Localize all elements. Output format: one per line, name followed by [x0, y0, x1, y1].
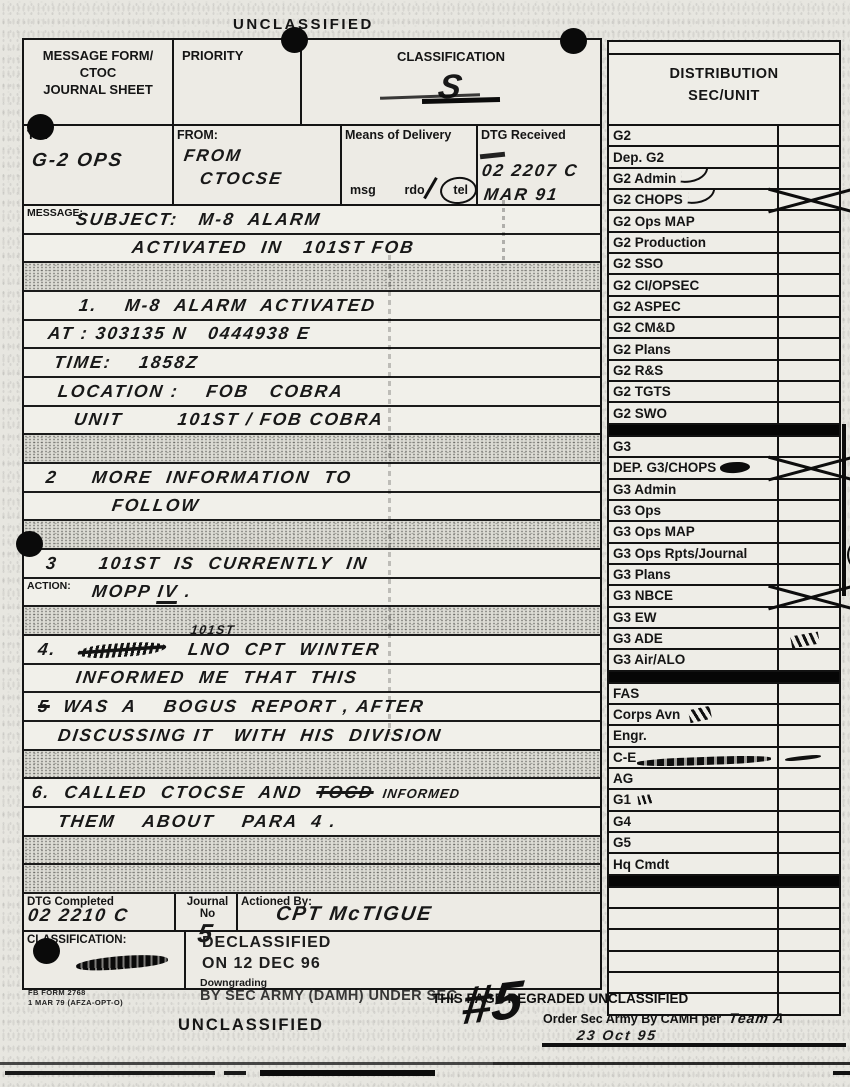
distribution-unit-cell: Dep. G2	[609, 147, 779, 166]
handwritten-segment	[77, 640, 167, 660]
distribution-unit-label: AG	[613, 771, 633, 786]
distribution-unit-cell: Engr.	[609, 726, 779, 745]
message-line-form-label: ACTION:	[27, 580, 71, 592]
handwritten-segment: .	[177, 581, 194, 601]
distribution-row: C-E	[609, 748, 839, 769]
delivery-option-tel: tel	[453, 183, 468, 197]
distribution-unit-label: G3 Ops Rpts/Journal	[613, 546, 747, 561]
distribution-unit-cell: G2 Ops MAP	[609, 211, 779, 230]
handwritten-message-text: INFORMED ME THAT THIS	[75, 669, 359, 687]
fold-line-artifact	[502, 200, 505, 265]
stamp-underline	[542, 1043, 846, 1047]
handwritten-segment: 3 101ST IS CURRENTLY IN	[45, 553, 370, 573]
distribution-row: AG	[609, 769, 839, 790]
scan-edge-bar	[833, 1071, 850, 1075]
distribution-unit-cell: G3 Ops Rpts/Journal	[609, 544, 779, 563]
distribution-unit-cell: G4	[609, 812, 779, 831]
distribution-unit-cell	[609, 888, 779, 907]
handwritten-segment: ACTIVATED IN 101ST FOB	[131, 237, 417, 257]
distribution-row: G2 Production	[609, 233, 839, 254]
distribution-unit-cell: G3 Plans	[609, 565, 779, 584]
means-of-delivery-label: Means of Delivery	[342, 126, 451, 142]
distribution-unit-label: G2 CI/OPSEC	[613, 278, 699, 293]
distribution-check-cell	[779, 650, 839, 669]
message-line: 5 WAS A BOGUS REPORT , AFTER	[24, 693, 600, 722]
distribution-row: G2 CM&D	[609, 318, 839, 339]
journal-no-label: Journal No	[176, 894, 236, 920]
message-line: 101ST	[24, 607, 600, 636]
distribution-unit-cell: FAS	[609, 684, 779, 703]
message-line: ACTIVATED IN 101ST FOB	[24, 235, 600, 264]
distribution-check-cell	[779, 522, 839, 541]
priority-field: PRIORITY	[174, 40, 302, 124]
distribution-check-cell	[779, 361, 839, 380]
distribution-row	[609, 672, 839, 684]
distribution-check-cell	[779, 190, 839, 209]
distribution-unit-label: G2 Admin	[613, 171, 676, 186]
from-value-line1: FROM	[183, 146, 342, 166]
scan-edge-line	[0, 1062, 850, 1065]
distribution-unit-label: G3 Plans	[613, 567, 671, 582]
bottom-classification-banner: UNCLASSIFIED	[178, 1016, 324, 1035]
distribution-check-cell	[779, 629, 839, 648]
distribution-unit-cell: G1	[609, 790, 779, 809]
message-line	[24, 521, 600, 550]
distribution-check-cell	[779, 994, 839, 1013]
distribution-row: G2 TGTS	[609, 382, 839, 403]
distribution-row: Hq Cmdt	[609, 854, 839, 875]
hole-punch-dot	[16, 531, 43, 557]
handwritten-segment: UNIT 101ST / FOB COBRA	[73, 409, 386, 429]
distribution-row: G2 CHOPS	[609, 190, 839, 211]
distribution-row: G2 SSO	[609, 254, 839, 275]
distribution-row: DEP. G3/CHOPS	[609, 458, 839, 479]
from-value-line2: CTOCSE	[199, 169, 342, 189]
distribution-unit-label: G2	[613, 128, 631, 143]
distribution-unit-cell: G3 NBCE	[609, 586, 779, 605]
distribution-unit-cell: Corps Avn	[609, 705, 779, 724]
message-line	[24, 837, 600, 866]
distribution-check-cell	[779, 480, 839, 499]
distribution-check-cell	[779, 297, 839, 316]
distribution-unit-label: G3 Air/ALO	[613, 652, 685, 667]
distribution-check-cell	[779, 339, 839, 358]
handwritten-segment: MOPP	[91, 581, 160, 601]
handwritten-message-text: 3 101ST IS CURRENTLY IN	[45, 555, 369, 573]
distribution-unit-label: G2 SWO	[613, 406, 667, 421]
distribution-unit-cell: G2 R&S	[609, 361, 779, 380]
distribution-unit-cell: G3 Admin	[609, 480, 779, 499]
distribution-unit-cell: G3	[609, 437, 779, 456]
distribution-unit-cell: G2 CI/OPSEC	[609, 275, 779, 294]
message-line	[24, 435, 600, 464]
fold-line-artifact	[388, 255, 391, 735]
handwritten-segment: 6. CALLED CTOCSE AND	[31, 782, 318, 802]
distribution-check-cell	[779, 586, 839, 605]
handwritten-message-text: 2 MORE INFORMATION TO	[45, 469, 354, 487]
message-line: AT : 303135 N 0444938 E	[24, 321, 600, 350]
message-line: 4. LNO CPT WINTER	[24, 636, 600, 665]
handwritten-segment: TOCD	[315, 782, 375, 802]
distribution-unit-cell: G2	[609, 126, 779, 145]
distribution-unit-label: G1	[613, 792, 631, 807]
handwritten-segment: AT : 303135 N 0444938 E	[47, 323, 313, 343]
form-title: MESSAGE FORM/ CTOC JOURNAL SHEET	[24, 40, 174, 124]
journal-no-field: Journal No 5	[176, 894, 238, 930]
distribution-unit-label: G5	[613, 835, 631, 850]
handwritten-segment: INFORMED ME THAT THIS	[75, 667, 360, 687]
distribution-row: G2 Ops MAP	[609, 211, 839, 232]
distribution-check-cell	[779, 169, 839, 188]
handwritten-segment: TIME: 1858Z	[53, 352, 201, 372]
distribution-check-cell	[779, 684, 839, 703]
distribution-table: DISTRIBUTION SEC/UNIT G2 Dep. G2	[607, 40, 841, 1016]
distribution-check-cell	[779, 233, 839, 252]
distribution-unit-cell: G2 CHOPS	[609, 190, 779, 209]
distribution-row: G3 Air/ALO	[609, 650, 839, 671]
distribution-unit-cell: G2 CM&D	[609, 318, 779, 337]
handwritten-segment: 4.	[37, 639, 72, 659]
distribution-unit-cell: G2 Plans	[609, 339, 779, 358]
message-line-form-label: MESSAGE:	[27, 207, 83, 219]
message-line	[24, 751, 600, 780]
scan-edge-bar	[260, 1070, 435, 1076]
message-form: MESSAGE FORM/ CTOC JOURNAL SHEET PRIORIT…	[22, 38, 602, 990]
handwritten-message-text: 6. CALLED CTOCSE AND TOCD INFORMED	[31, 784, 462, 802]
distribution-unit-cell: Hq Cmdt	[609, 854, 779, 873]
hole-punch-dot	[27, 114, 54, 140]
handwritten-segment: SUBJECT: M-8 ALARM	[75, 209, 323, 229]
classification-field: CLASSIFICATION S	[302, 40, 600, 124]
handwritten-message-text: 4. LNO CPT WINTER	[37, 641, 382, 659]
distribution-unit-label: G2 Ops MAP	[613, 214, 695, 229]
handwritten-segment: 2 MORE INFORMATION TO	[45, 467, 354, 487]
distribution-unit-label: C-E	[613, 750, 636, 765]
distribution-unit-label: G3 Ops	[613, 503, 661, 518]
distribution-row: G3 Plans	[609, 565, 839, 586]
distribution-row	[609, 876, 839, 888]
pen-scribble-icon	[720, 461, 751, 475]
scan-vertical-artifact	[842, 424, 846, 596]
distribution-header: DISTRIBUTION SEC/UNIT	[609, 42, 839, 126]
routing-row: TO: G-2 OPS FROM: FROM CTOCSE Means of D…	[24, 126, 600, 206]
distribution-check-cell	[779, 458, 839, 477]
pen-slash-mark	[424, 177, 438, 199]
distribution-unit-label: G2 SSO	[613, 256, 663, 271]
handwritten-message-text: AT : 303135 N 0444938 E	[47, 325, 312, 343]
distribution-check-cell	[779, 705, 839, 724]
distribution-unit-cell	[609, 909, 779, 928]
distribution-unit-cell: G3 Air/ALO	[609, 650, 779, 669]
form-header-row: MESSAGE FORM/ CTOC JOURNAL SHEET PRIORIT…	[24, 40, 600, 126]
handwritten-journal-tag: #5	[459, 969, 526, 1038]
distribution-check-cell	[779, 952, 839, 971]
order-sec-army-stamp: Order Sec Army By CAMH per Team A	[543, 1010, 784, 1026]
distribution-check-cell	[779, 147, 839, 166]
distribution-check-cell	[779, 930, 839, 949]
distribution-check-cell: P	[779, 544, 839, 563]
distribution-unit-cell: G2 ASPEC	[609, 297, 779, 316]
distribution-check-cell	[779, 501, 839, 520]
pen-circle-mark	[439, 175, 478, 205]
pen-scribble-icon	[688, 706, 712, 723]
delivery-option-msg: msg	[350, 183, 376, 197]
handwritten-segment: 101ST	[190, 623, 236, 637]
distribution-unit-label: G2 R&S	[613, 363, 663, 378]
message-line: THEM ABOUT PARA 4 .	[24, 808, 600, 837]
from-label: FROM:	[174, 126, 218, 142]
distribution-check-cell	[779, 403, 839, 422]
handwritten-message-text: SUBJECT: M-8 ALARM	[75, 211, 323, 229]
message-line: 3 101ST IS CURRENTLY IN	[24, 550, 600, 579]
distribution-unit-cell: G3 ADE	[609, 629, 779, 648]
distribution-unit-label: G3 NBCE	[613, 588, 673, 603]
distribution-check-cell	[779, 973, 839, 992]
distribution-row: Engr.	[609, 726, 839, 747]
by-sec-army-stamp: BY SEC ARMY (DAMH) UNDER SEC	[200, 988, 457, 1004]
distribution-unit-cell: G3 Ops MAP	[609, 522, 779, 541]
distribution-check-cell	[779, 726, 839, 745]
message-line: 6. CALLED CTOCSE AND TOCD INFORMED	[24, 779, 600, 808]
distribution-row: G2 R&S	[609, 361, 839, 382]
message-line: ACTION: MOPP IV .	[24, 579, 600, 608]
actioned-by-field: Actioned By: CPT McTIGUE	[238, 894, 600, 930]
distribution-unit-label: G2 CM&D	[613, 320, 675, 335]
distribution-unit-cell: G2 SWO	[609, 403, 779, 422]
struck-out-scribble-mark	[76, 952, 169, 973]
actioned-by-value: CPT McTIGUE	[274, 903, 601, 926]
message-line: INFORMED ME THAT THIS	[24, 665, 600, 694]
handwritten-segment: LNO CPT WINTER	[173, 639, 382, 659]
distribution-row: G2 SWO	[609, 403, 839, 424]
classification-label: CLASSIFICATION	[397, 49, 505, 64]
scan-edge-bar	[224, 1071, 246, 1075]
from-field: FROM: FROM CTOCSE	[174, 126, 342, 204]
distribution-check-cell	[779, 254, 839, 273]
dtg-received-month: MAR 91	[483, 185, 602, 205]
distribution-unit-cell: G3 EW	[609, 608, 779, 627]
handwritten-message-text: ACTIVATED IN 101ST FOB	[131, 239, 416, 257]
delivery-options: msg rdo tel	[350, 183, 468, 197]
handwritten-message-text: LOCATION : FOB COBRA	[57, 383, 345, 401]
handwritten-message-text: 1. M-8 ALARM ACTIVATED	[78, 297, 378, 315]
pen-scribble-icon	[637, 794, 653, 805]
distribution-unit-label: G3	[613, 439, 631, 454]
distribution-unit-cell	[609, 952, 779, 971]
distribution-row: G3 Admin	[609, 480, 839, 501]
distribution-check-cell	[779, 888, 839, 907]
distribution-row: G2 Plans	[609, 339, 839, 360]
handwritten-message-text: MOPP IV .	[91, 583, 193, 601]
message-line: FOLLOW	[24, 493, 600, 522]
distribution-unit-cell	[609, 930, 779, 949]
distribution-unit-label: G3 ADE	[613, 631, 663, 646]
distribution-unit-label: FAS	[613, 686, 639, 701]
dtg-received-label: DTG Received	[478, 126, 566, 142]
handwritten-message-text: 101ST	[191, 612, 238, 630]
handwritten-message-text: THEM ABOUT PARA 4 .	[57, 813, 338, 831]
dtg-completed-value: 02 2210 C	[27, 905, 176, 926]
pen-scribble-icon	[687, 187, 715, 207]
distribution-row: G3 Ops	[609, 501, 839, 522]
distribution-check-cell	[779, 318, 839, 337]
distribution-unit-label: G3 Ops MAP	[613, 524, 695, 539]
distribution-unit-label: G2 TGTS	[613, 384, 671, 399]
distribution-unit-label: G3 EW	[613, 610, 657, 625]
distribution-unit-label: G2 CHOPS	[613, 192, 683, 207]
pen-scribble-icon	[637, 755, 771, 768]
pen-scribble-icon	[681, 166, 709, 186]
distribution-check-cell	[779, 748, 839, 767]
pen-overwrite-mark	[480, 152, 505, 160]
distribution-unit-label: Hq Cmdt	[613, 857, 669, 872]
handwritten-segment: DISCUSSING IT WITH HIS DIVISION	[57, 725, 444, 745]
scanned-ctoc-journal-sheet: UNCLASSIFIED MESSAGE FORM/ CTOC JOURNAL …	[0, 0, 850, 1087]
distribution-row: G3 ADE	[609, 629, 839, 650]
message-line: MESSAGE: SUBJECT: M-8 ALARM	[24, 206, 600, 235]
distribution-unit-label: Corps Avn	[613, 707, 680, 722]
message-line: 2 MORE INFORMATION TO	[24, 464, 600, 493]
form-number: FB FORM 2768 1 MAR 79 (AFZA-OPT-O)	[28, 988, 123, 1008]
handwritten-segment: FOLLOW	[111, 495, 202, 515]
distribution-row: G3 NBCE	[609, 586, 839, 607]
distribution-check-cell	[779, 211, 839, 230]
hole-punch-dot	[281, 27, 308, 53]
distribution-row: G2 CI/OPSEC	[609, 275, 839, 296]
message-line	[24, 865, 600, 894]
distribution-unit-cell: G5	[609, 833, 779, 852]
distribution-unit-cell: G2 Admin	[609, 169, 779, 188]
distribution-row: G1	[609, 790, 839, 811]
declassified-stamp-line1: DECLASSIFIED	[202, 934, 331, 952]
hole-punch-dot	[33, 938, 60, 964]
handwritten-segment: INFORMED	[372, 786, 461, 801]
distribution-row: G2 ASPEC	[609, 297, 839, 318]
distribution-unit-label: Engr.	[613, 728, 647, 743]
distribution-row: G3 EW	[609, 608, 839, 629]
scan-edge-bar	[5, 1071, 215, 1075]
message-line: LOCATION : FOB COBRA	[24, 378, 600, 407]
distribution-unit-label: G3 Admin	[613, 482, 676, 497]
distribution-unit-cell: C-E	[609, 748, 779, 767]
handwritten-segment: WAS A BOGUS REPORT , AFTER	[48, 696, 426, 716]
distribution-check-cell	[779, 833, 839, 852]
handwritten-message-text: 5 WAS A BOGUS REPORT , AFTER	[37, 698, 426, 716]
message-line: 1. M-8 ALARM ACTIVATED	[24, 292, 600, 321]
handwritten-message-text: FOLLOW	[111, 497, 201, 515]
distribution-row: G3 Ops Rpts/Journal P	[609, 544, 839, 565]
form-footer-row: DTG Completed 02 2210 C Journal No 5 Act…	[24, 894, 600, 932]
distribution-check-cell	[779, 790, 839, 809]
distribution-check-cell	[779, 437, 839, 456]
distribution-check-cell	[779, 565, 839, 584]
order-stamp-text: Order Sec Army By CAMH per	[543, 1012, 721, 1026]
distribution-unit-label: G2 Production	[613, 235, 706, 250]
distribution-row: G2 Admin	[609, 169, 839, 190]
distribution-unit-label: G2 ASPEC	[613, 299, 681, 314]
distribution-row: G3 Ops MAP	[609, 522, 839, 543]
message-lines: MESSAGE: SUBJECT: M-8 ALARM ACTIVATED IN…	[24, 206, 600, 894]
distribution-row	[609, 425, 839, 437]
distribution-check-cell	[779, 854, 839, 873]
distribution-row: G3	[609, 437, 839, 458]
distribution-check-cell	[779, 126, 839, 145]
distribution-unit-cell: G2 TGTS	[609, 382, 779, 401]
distribution-unit-cell: G3 Ops	[609, 501, 779, 520]
message-line	[24, 263, 600, 292]
handwritten-message-text: UNIT 101ST / FOB COBRA	[73, 411, 385, 429]
distribution-unit-label: Dep. G2	[613, 150, 664, 165]
distribution-row: G2	[609, 126, 839, 147]
declassified-stamp: DECLASSIFIED ON 12 DEC 96 Downgrading	[186, 932, 600, 988]
distribution-row: Corps Avn	[609, 705, 839, 726]
hole-punch-dot	[560, 28, 587, 54]
distribution-check-cell	[779, 769, 839, 788]
distribution-row	[609, 952, 839, 973]
dtg-received-field: DTG Received 02 2207 C MAR 91	[478, 126, 600, 204]
message-line: DISCUSSING IT WITH HIS DIVISION	[24, 722, 600, 751]
distribution-check-cell	[779, 909, 839, 928]
distribution-unit-label: G2 Plans	[613, 342, 671, 357]
distribution-rows: G2 Dep. G2 G2 Admi	[609, 126, 839, 1014]
distribution-unit-label: DEP. G3/CHOPS	[613, 460, 716, 475]
distribution-row: G5	[609, 833, 839, 854]
distribution-row: FAS	[609, 684, 839, 705]
distribution-row	[609, 909, 839, 930]
means-of-delivery-field: Means of Delivery msg rdo tel	[342, 126, 478, 204]
distribution-unit-cell: G2 SSO	[609, 254, 779, 273]
handwritten-segment: THEM ABOUT PARA 4 .	[57, 811, 339, 831]
handwritten-team: Team A	[727, 1010, 785, 1026]
distribution-check-cell	[779, 382, 839, 401]
handwritten-order-date: 23 Oct 95	[576, 1027, 659, 1043]
distribution-row	[609, 888, 839, 909]
handwritten-segment: LOCATION : FOB COBRA	[57, 381, 346, 401]
distribution-unit-cell: AG	[609, 769, 779, 788]
dtg-received-value: 02 2207 C	[481, 161, 602, 181]
distribution-row: G4	[609, 812, 839, 833]
distribution-check-cell	[779, 812, 839, 831]
distribution-row	[609, 930, 839, 951]
message-line: UNIT 101ST / FOB COBRA	[24, 407, 600, 436]
handwritten-segment: 1. M-8 ALARM ACTIVATED	[78, 295, 378, 315]
delivery-option-rdo: rdo	[404, 183, 424, 197]
distribution-unit-label: G4	[613, 814, 631, 829]
distribution-check-cell	[779, 608, 839, 627]
distribution-check-cell	[779, 275, 839, 294]
distribution-unit-cell: G2 Production	[609, 233, 779, 252]
to-value: G-2 OPS	[30, 150, 173, 172]
handwritten-message-text: TIME: 1858Z	[53, 354, 200, 372]
handwritten-message-text: DISCUSSING IT WITH HIS DIVISION	[57, 727, 444, 745]
distribution-row: Dep. G2	[609, 147, 839, 168]
distribution-unit-cell	[609, 973, 779, 992]
declassified-stamp-line2: ON 12 DEC 96	[202, 955, 321, 973]
distribution-unit-cell: DEP. G3/CHOPS	[609, 458, 779, 477]
message-line: TIME: 1858Z	[24, 349, 600, 378]
dtg-completed-field: DTG Completed 02 2210 C	[24, 894, 176, 930]
